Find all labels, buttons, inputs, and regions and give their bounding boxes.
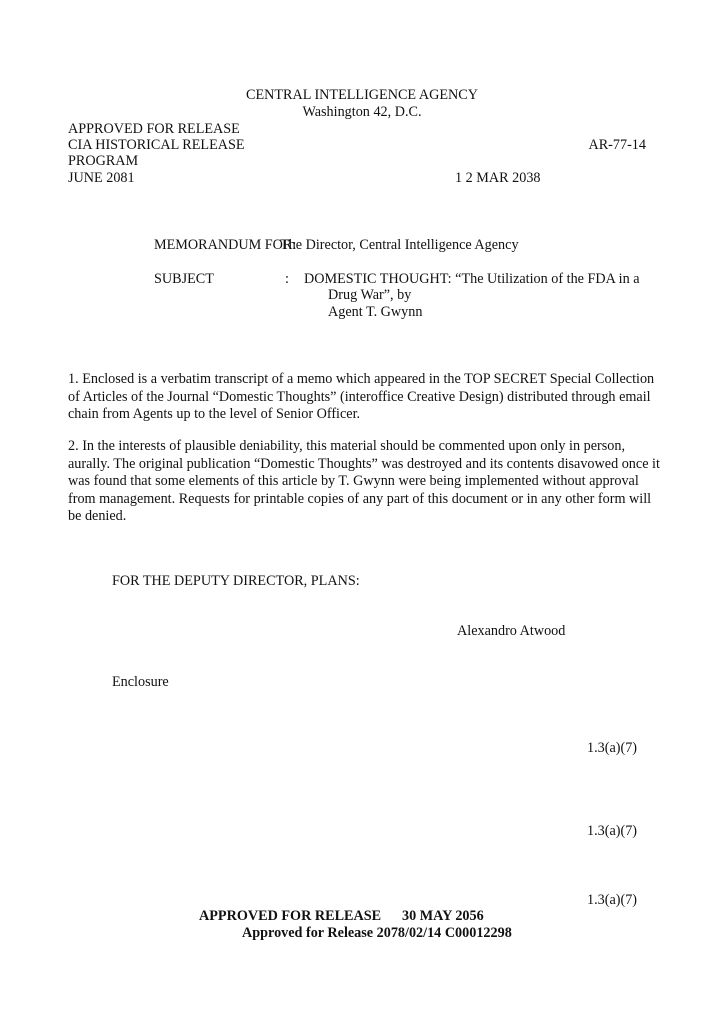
agency-name: CENTRAL INTELLIGENCE AGENCY (0, 87, 724, 104)
exemption-code: 1.3(a)(7) (587, 892, 637, 909)
exemption-code: 1.3(a)(7) (587, 823, 637, 840)
footer-release-line: Approved for Release 2078/02/14 C0001229… (242, 925, 512, 942)
paragraph-2: 2. In the interests of plausible deniabi… (68, 438, 660, 526)
release-stamp-line-3: PROGRAM (68, 153, 138, 170)
footer-approved-label: APPROVED FOR RELEASE (199, 908, 381, 925)
release-stamp-line-1: APPROVED FOR RELEASE (68, 121, 240, 138)
memo-for-label: MEMORANDUM FOR: (154, 237, 296, 254)
release-stamp-line-2: CIA HISTORICAL RELEASE (68, 137, 245, 154)
subject-line-3: Agent T. Gwynn (328, 304, 422, 321)
subject-colon: : (285, 271, 289, 288)
signature-for-line: FOR THE DEPUTY DIRECTOR, PLANS: (112, 573, 360, 590)
subject-line-1: DOMESTIC THOUGHT: “The Utilization of th… (304, 271, 640, 288)
document-number: AR-77-14 (588, 137, 646, 154)
subject-line-2: Drug War”, by (328, 287, 411, 304)
memo-for-value: The Director, Central Intelligence Agenc… (280, 237, 519, 254)
footer-approved-date: 30 MAY 2056 (402, 908, 484, 925)
agency-location: Washington 42, D.C. (0, 104, 724, 121)
release-stamp-line-4: JUNE 2081 (68, 170, 135, 187)
enclosure-label: Enclosure (112, 674, 169, 691)
document-date: 1 2 MAR 2038 (455, 170, 541, 187)
paragraph-1: 1. Enclosed is a verbatim transcript of … (68, 371, 660, 424)
exemption-code: 1.3(a)(7) (587, 740, 637, 757)
signatory-name: Alexandro Atwood (457, 623, 565, 640)
subject-label: SUBJECT (154, 271, 214, 288)
